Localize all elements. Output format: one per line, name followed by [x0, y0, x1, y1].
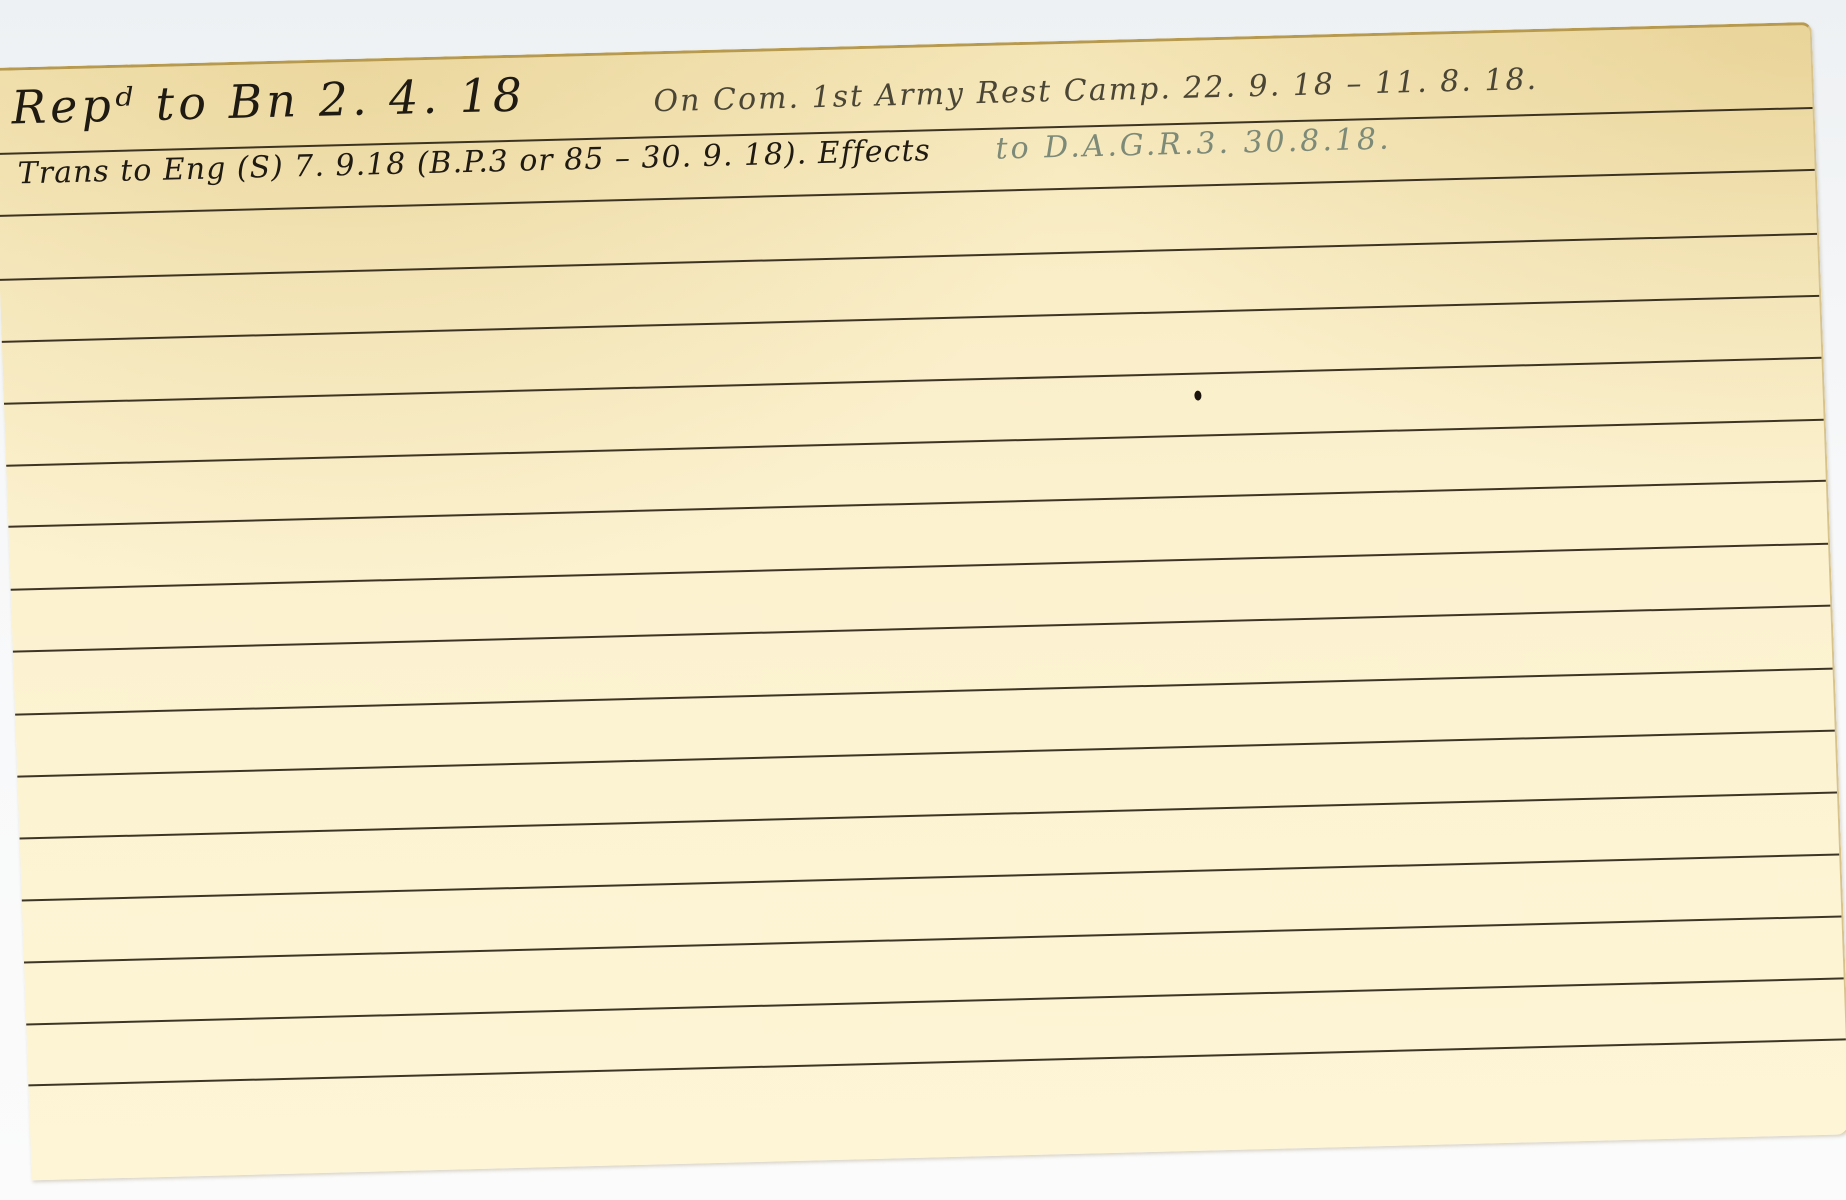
rule-line-5 — [4, 357, 1821, 405]
rule-line-7 — [8, 480, 1825, 528]
rule-line-12 — [20, 792, 1837, 840]
rule-line-16 — [28, 1038, 1845, 1086]
ink-speck — [1194, 391, 1201, 401]
entry-rest-camp: On Com. 1st Army Rest Camp. 22. 9. 18 – … — [653, 62, 1539, 119]
rule-line-11 — [17, 730, 1834, 778]
record-card: Repᵈ to Bn 2. 4. 18 On Com. 1st Army Res… — [0, 22, 1846, 1180]
rule-line-10 — [15, 668, 1832, 716]
rule-line-8 — [11, 543, 1828, 591]
scan-background: Repᵈ to Bn 2. 4. 18 On Com. 1st Army Res… — [0, 0, 1846, 1200]
rule-line-13 — [22, 854, 1839, 902]
rule-line-3 — [0, 233, 1817, 281]
rule-line-14 — [24, 915, 1841, 963]
rule-line-15 — [26, 977, 1843, 1025]
rule-line-4 — [2, 295, 1819, 343]
rule-line-9 — [13, 605, 1830, 653]
entry-reported-to-battalion: Repᵈ to Bn 2. 4. 18 — [10, 68, 527, 135]
entry-effects-dagr: to D.A.G.R.3. 30.8.18. — [995, 122, 1392, 167]
rule-line-6 — [6, 419, 1823, 467]
